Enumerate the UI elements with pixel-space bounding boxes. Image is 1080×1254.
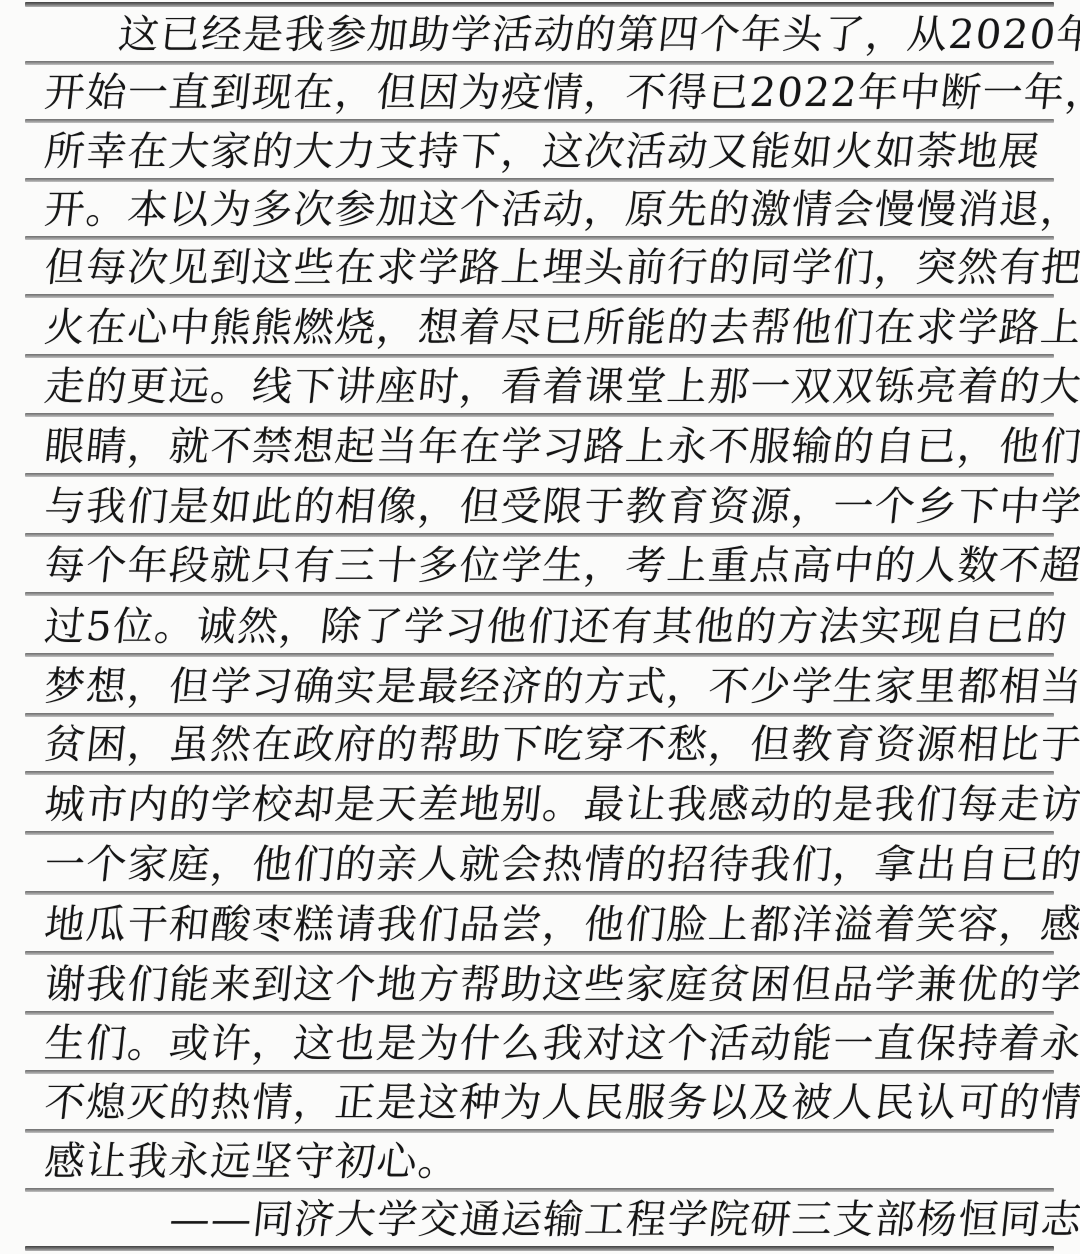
ruled-line [25, 653, 1054, 657]
handwritten-line: 生们。或许，这也是为什么我对这个活动能一直保持着永 [42, 1018, 1080, 1070]
ruled-line [25, 831, 1054, 835]
ruled-line [25, 771, 1054, 775]
handwritten-line: 一个家庭，他们的亲人就会热情的招待我们，拿出自已的 [42, 839, 1080, 891]
ruled-line [25, 713, 1054, 717]
ruled-line [25, 1188, 1054, 1192]
ruled-line [25, 533, 1054, 537]
ruled-line [25, 236, 1054, 240]
handwritten-line: 这已经是我参加助学活动的第四个年头了，从2020年 [42, 9, 1080, 61]
handwritten-page: 这已经是我参加助学活动的第四个年头了，从2020年 开始一直到现在，但因为疫情，… [0, 0, 1080, 1254]
ruled-line [25, 592, 1054, 596]
ruled-line [25, 1070, 1054, 1074]
ruled-line [25, 294, 1054, 298]
handwritten-line: 但每次见到这些在求学路上埋头前行的同学们，突然有把 [42, 242, 1080, 294]
handwritten-line: 过5位。诚然，除了学习他们还有其他的方法实现自已的 [42, 601, 1070, 653]
handwritten-line: 感让我永远坚守初心。 [42, 1136, 462, 1188]
ruled-line [25, 473, 1054, 477]
handwritten-line: 开始一直到现在，但因为疫情，不得已2022年中断一年， [42, 67, 1080, 119]
ruled-line [25, 1246, 1054, 1251]
ruled-line [25, 413, 1054, 417]
handwritten-line: 火在心中熊熊燃烧，想着尽已所能的去帮他们在求学路上 [42, 302, 1080, 354]
ruled-line [25, 951, 1054, 955]
handwritten-line: 贫困，虽然在政府的帮助下吃穿不愁，但教育资源相比于 [42, 719, 1080, 771]
handwritten-signature-line: ——同济大学交通运输工程学院研三支部杨恒同志。 [167, 1194, 1080, 1246]
ruled-line [25, 1129, 1054, 1133]
ruled-line [25, 354, 1054, 358]
handwritten-line: 开。本以为多次参加这个活动，原先的激情会慢慢消退， [42, 184, 1080, 236]
handwritten-line: 眼睛，就不禁想起当年在学习路上永不服输的自已，他们 [42, 421, 1080, 473]
handwritten-line: 不熄灭的热情，正是这种为人民服务以及被人民认可的情 [42, 1077, 1080, 1129]
ruled-line [25, 1011, 1054, 1015]
handwritten-line: 走的更远。线下讲座时，看着课堂上那一双双铄亮着的大 [42, 361, 1080, 413]
handwritten-line: 每个年段就只有三十多位学生，考上重点高中的人数不超 [42, 540, 1080, 592]
ruled-line [25, 119, 1054, 123]
handwritten-line: 与我们是如此的相像，但受限于教育资源，一个乡下中学 [42, 481, 1080, 533]
handwritten-line: 所幸在大家的大力支持下，这次活动又能如火如荼地展 [42, 126, 1043, 178]
ruled-line [25, 891, 1054, 895]
ruled-line [25, 2, 1054, 7]
ruled-line [25, 61, 1054, 65]
ruled-line [25, 178, 1054, 182]
handwritten-line: 梦想，但学习确实是最经济的方式，不少学生家里都相当 [42, 661, 1080, 713]
handwritten-line: 城市内的学校却是天差地别。最让我感动的是我们每走访 [42, 779, 1080, 831]
handwritten-line: 地瓜干和酸枣糕请我们品尝，他们脸上都洋溢着笑容，感 [42, 899, 1080, 951]
handwritten-line: 谢我们能来到这个地方帮助这些家庭贫困但品学兼优的学 [42, 959, 1080, 1011]
